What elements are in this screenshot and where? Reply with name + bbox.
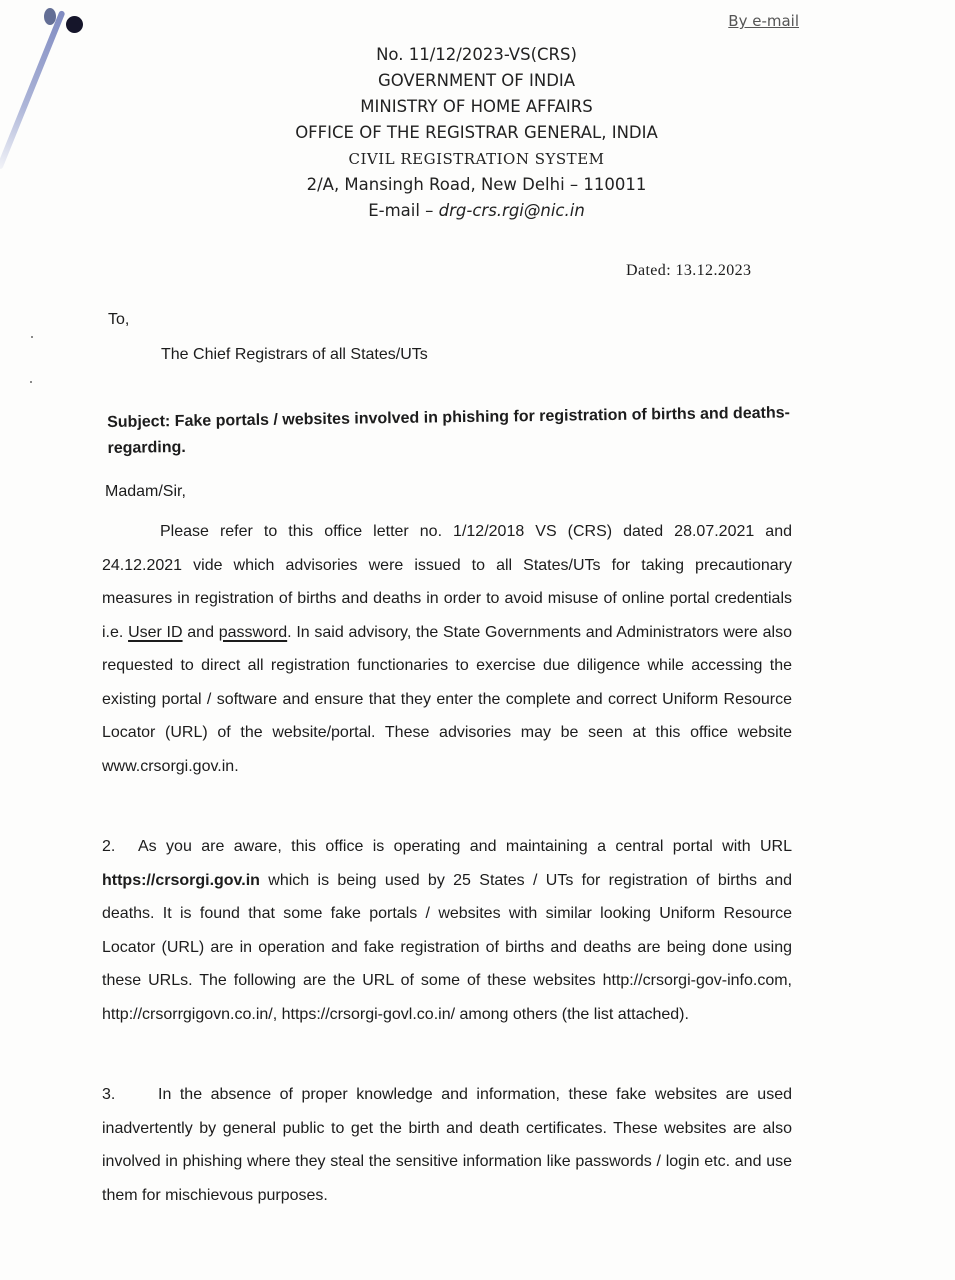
subject-line: Subject: Fake portals / websites involve… — [107, 400, 808, 462]
paragraph-number: 2. — [102, 830, 138, 864]
letter-date: Dated: 13.12.2023 — [626, 262, 751, 280]
paragraph-2: 2.As you are aware, this office is opera… — [102, 830, 792, 1031]
salutation: Madam/Sir, — [105, 483, 186, 501]
email-link[interactable]: drg-crs.rgi@nic.in — [439, 201, 585, 220]
password-underlined: password — [219, 624, 287, 641]
scan-speck — [31, 336, 33, 338]
portal-url: https://crsorgi.gov.in — [102, 872, 260, 889]
punch-hole-mark — [66, 16, 83, 33]
government-name: GOVERNMENT OF INDIA — [0, 68, 955, 94]
office-address: 2/A, Mansingh Road, New Delhi – 110011 — [0, 172, 955, 198]
file-number: No. 11/12/2023-VS(CRS) — [0, 42, 955, 68]
office-name: OFFICE OF THE REGISTRAR GENERAL, INDIA — [0, 120, 955, 146]
subject-label: Subject: — [107, 413, 170, 431]
paragraph-3: 3.In the absence of proper knowledge and… — [102, 1078, 792, 1212]
user-id-underlined: User ID — [128, 624, 183, 641]
ink-blot — [44, 8, 56, 25]
subject-text: Fake portals / websites involved in phis… — [107, 404, 790, 457]
division-name: CIVIL REGISTRATION SYSTEM — [0, 146, 955, 172]
paragraph-1: Please refer to this office letter no. 1… — [102, 515, 792, 783]
letter-page: By e-mail No. 11/12/2023-VS(CRS) GOVERNM… — [0, 0, 955, 1280]
to-label: To, — [108, 311, 129, 329]
office-email: E-mail – drg-crs.rgi@nic.in — [0, 198, 955, 224]
delivery-note: By e-mail — [728, 12, 799, 30]
letterhead: No. 11/12/2023-VS(CRS) GOVERNMENT OF IND… — [0, 42, 955, 224]
scan-speck — [30, 381, 32, 383]
ministry-name: MINISTRY OF HOME AFFAIRS — [0, 94, 955, 120]
paragraph-number: 3. — [102, 1078, 158, 1112]
addressee: The Chief Registrars of all States/UTs — [161, 346, 428, 364]
